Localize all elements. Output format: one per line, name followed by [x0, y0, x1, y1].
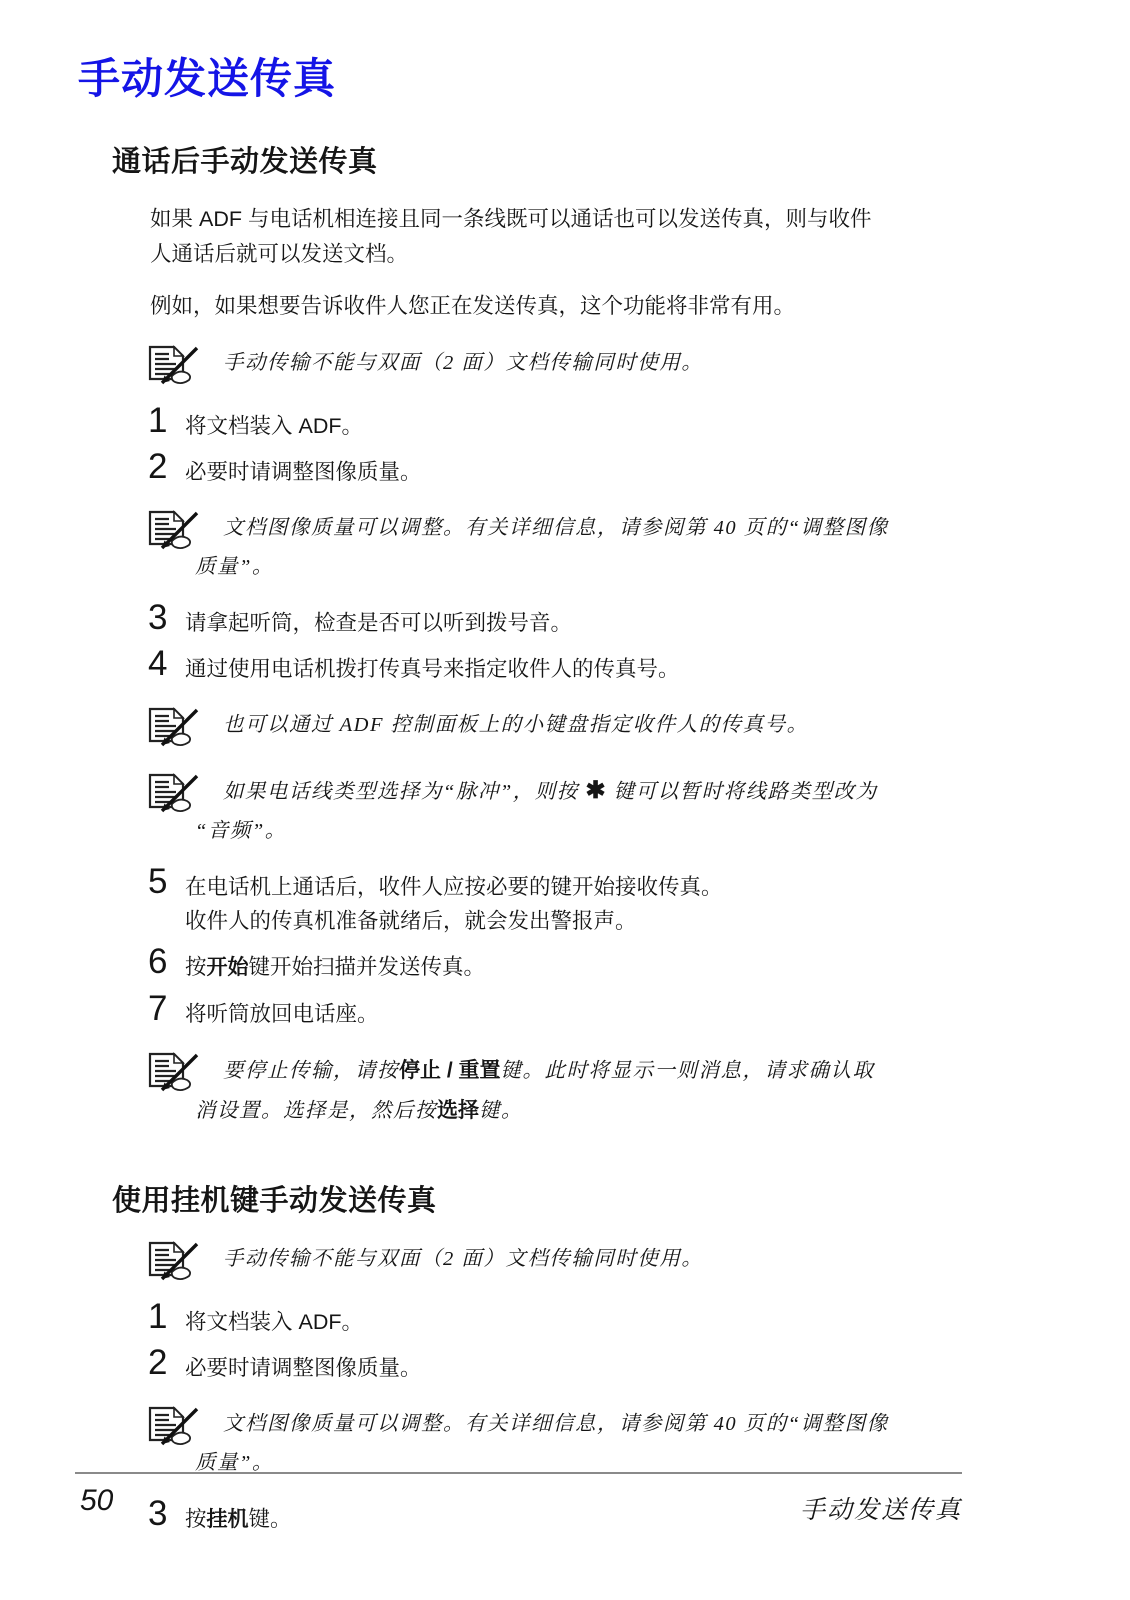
note-line: 也可以通过 ADF 控制面板上的小键盘指定收件人的传真号。	[195, 706, 978, 745]
panel-key-name: 开始	[207, 956, 249, 979]
step: 3请拿起听筒，检查是否可以听到拨号音。	[148, 603, 968, 640]
text-segment: 文档图像质量可以调整。有关详细信息，请参阅第 40 页的“调整图像	[223, 517, 889, 539]
note-line: 如果电话线类型选择为“脉冲”，则按 ✱ 键可以暂时将线路类型改为	[195, 772, 978, 812]
note: 文档图像质量可以调整。有关详细信息，请参阅第 40 页的“调整图像质量”。	[148, 509, 978, 587]
step-number: 2	[148, 1343, 166, 1383]
step-text: 将文档装入 ADF。	[185, 1302, 968, 1339]
step-number: 5	[148, 862, 166, 902]
note: 要停止传输，请按停止 / 重置键。此时将显示一则消息，请求确认取消设置。选择是，…	[148, 1051, 978, 1131]
step-number: 6	[148, 942, 166, 982]
panel-key-name: 停止 / 重置	[399, 1059, 501, 1082]
step-line: 在电话机上通话后，收件人应按必要的键开始接收传真。	[185, 870, 968, 904]
footer-rule	[75, 1472, 962, 1474]
step-line: 请拿起听筒，检查是否可以听到拨号音。	[185, 606, 968, 640]
paragraph-line: 人通话后就可以发送文档。	[150, 237, 970, 272]
note-line: 文档图像质量可以调整。有关详细信息，请参阅第 40 页的“调整图像	[195, 509, 978, 548]
step-number: 2	[148, 447, 166, 487]
note-document-pen-icon	[148, 510, 200, 554]
note-text: 手动传输不能与双面（2 面）文档传输同时使用。	[195, 344, 978, 383]
step-line: 按开始键开始扫描并发送传真。	[185, 950, 968, 985]
note-document-pen-icon	[148, 707, 200, 751]
note: 手动传输不能与双面（2 面）文档传输同时使用。	[148, 1240, 978, 1286]
note-line: 手动传输不能与双面（2 面）文档传输同时使用。	[195, 1240, 978, 1279]
note-line: 质量”。	[195, 1444, 978, 1483]
section-heading: 使用挂机键手动发送传真	[112, 1185, 1130, 1218]
note-line: 文档图像质量可以调整。有关详细信息，请参阅第 40 页的“调整图像	[195, 1405, 978, 1444]
step-number: 1	[148, 1297, 166, 1337]
text-segment: 消设置。选择是，然后按	[195, 1100, 437, 1122]
text-segment: 按	[185, 955, 207, 979]
step-text: 必要时请调整图像质量。	[185, 452, 968, 489]
step-line: 将文档装入 ADF。	[185, 1305, 968, 1339]
text-segment: 通过使用电话机拨打传真号来指定收件人的传真号。	[185, 657, 680, 681]
text-segment: 手动传输不能与双面（2 面）文档传输同时使用。	[223, 352, 703, 374]
text-segment: 必要时请调整图像质量。	[185, 1356, 422, 1380]
text-segment: 文档图像质量可以调整。有关详细信息，请参阅第 40 页的“调整图像	[223, 1413, 889, 1435]
note: 手动传输不能与双面（2 面）文档传输同时使用。	[148, 344, 978, 390]
step-line: 通过使用电话机拨打传真号来指定收件人的传真号。	[185, 652, 968, 686]
panel-key-name: 选择	[437, 1099, 479, 1122]
step-text: 通过使用电话机拨打传真号来指定收件人的传真号。	[185, 649, 968, 686]
text-segment: 键。此时将显示一则消息，请求确认取	[501, 1060, 875, 1082]
step: 2必要时请调整图像质量。	[148, 452, 968, 489]
text-segment: 手动传输不能与双面（2 面）文档传输同时使用。	[223, 1248, 703, 1270]
note-document-pen-icon	[148, 345, 200, 389]
note-line: 质量”。	[195, 548, 978, 587]
text-segment: 质量”。	[195, 556, 274, 578]
text-segment: 必要时请调整图像质量。	[185, 460, 422, 484]
text-segment: “音频”。	[195, 820, 287, 842]
page-content: 通话后手动发送传真如果 ADF 与电话机相连接且同一条线既可以通话也可以发送传真…	[0, 146, 1130, 1537]
text-segment: 键。	[479, 1100, 523, 1122]
note-text: 手动传输不能与双面（2 面）文档传输同时使用。	[195, 1240, 978, 1279]
step-text: 将文档装入 ADF。	[185, 406, 968, 443]
note-text: 要停止传输，请按停止 / 重置键。此时将显示一则消息，请求确认取消设置。选择是，…	[195, 1051, 978, 1131]
star-key-symbol: ✱	[585, 778, 607, 804]
note-text: 如果电话线类型选择为“脉冲”，则按 ✱ 键可以暂时将线路类型改为“音频”。	[195, 772, 978, 851]
note-line: 要停止传输，请按停止 / 重置键。此时将显示一则消息，请求确认取	[195, 1051, 978, 1091]
text-segment: 将文档装入 ADF。	[185, 414, 363, 438]
step-line: 将听筒放回电话座。	[185, 997, 968, 1031]
step-number: 3	[148, 598, 166, 638]
step-number: 4	[148, 644, 166, 684]
note-line: “音频”。	[195, 812, 978, 851]
step-line: 必要时请调整图像质量。	[185, 1351, 968, 1385]
text-segment: 质量”。	[195, 1452, 274, 1474]
text-segment: 将文档装入 ADF。	[185, 1310, 363, 1334]
note-line: 消设置。选择是，然后按选择键。	[195, 1091, 978, 1131]
step-line: 收件人的传真机准备就绪后，就会发出警报声。	[185, 904, 968, 938]
note-document-pen-icon	[148, 1406, 200, 1450]
text-segment: 将听筒放回电话座。	[185, 1002, 379, 1026]
step: 5在电话机上通话后，收件人应按必要的键开始接收传真。收件人的传真机准备就绪后，就…	[148, 867, 968, 938]
text-segment: 按	[185, 1507, 207, 1531]
note: 也可以通过 ADF 控制面板上的小键盘指定收件人的传真号。	[148, 706, 978, 752]
text-segment: 要停止传输，请按	[223, 1060, 399, 1082]
step-number: 7	[148, 989, 166, 1029]
text-segment: 收件人的传真机准备就绪后，就会发出警报声。	[185, 909, 637, 933]
manual-page: 手动发送传真 通话后手动发送传真如果 ADF 与电话机相连接且同一条线既可以通话…	[0, 0, 1130, 1600]
step-number: 3	[148, 1494, 166, 1534]
step-text: 在电话机上通话后，收件人应按必要的键开始接收传真。收件人的传真机准备就绪后，就会…	[185, 867, 968, 938]
note: 如果电话线类型选择为“脉冲”，则按 ✱ 键可以暂时将线路类型改为“音频”。	[148, 772, 978, 851]
text-segment: 键开始扫描并发送传真。	[249, 955, 486, 979]
step-text: 将听筒放回电话座。	[185, 994, 968, 1031]
text-segment: 如果电话线类型选择为“脉冲”，则按	[223, 781, 585, 803]
note-line: 手动传输不能与双面（2 面）文档传输同时使用。	[195, 344, 978, 383]
step-line: 必要时请调整图像质量。	[185, 455, 968, 489]
paragraph: 如果 ADF 与电话机相连接且同一条线既可以通话也可以发送传真，则与收件人通话后…	[150, 202, 970, 272]
footer-page-number: 50	[80, 1484, 113, 1518]
step: 1将文档装入 ADF。	[148, 406, 968, 443]
paragraph: 例如，如果想要告诉收件人您正在发送传真，这个功能将非常有用。	[150, 289, 970, 324]
note-document-pen-icon	[148, 1052, 200, 1096]
note-document-pen-icon	[148, 1241, 200, 1285]
note-text: 也可以通过 ADF 控制面板上的小键盘指定收件人的传真号。	[195, 706, 978, 745]
page-title: 手动发送传真	[0, 0, 1130, 102]
text-segment: 键。	[249, 1507, 292, 1531]
step: 7将听筒放回电话座。	[148, 994, 968, 1031]
step: 6按开始键开始扫描并发送传真。	[148, 947, 968, 985]
text-segment: 在电话机上通话后，收件人应按必要的键开始接收传真。	[185, 875, 723, 899]
paragraph-line: 如果 ADF 与电话机相连接且同一条线既可以通话也可以发送传真，则与收件	[150, 202, 970, 237]
footer-running-title: 手动发送传真	[800, 1490, 962, 1526]
step: 1将文档装入 ADF。	[148, 1302, 968, 1339]
note-text: 文档图像质量可以调整。有关详细信息，请参阅第 40 页的“调整图像质量”。	[195, 509, 978, 587]
panel-key-name: 挂机	[207, 1508, 249, 1531]
step-line: 将文档装入 ADF。	[185, 409, 968, 443]
text-segment: 请拿起听筒，检查是否可以听到拨号音。	[185, 611, 572, 635]
step-number: 1	[148, 401, 166, 441]
note-document-pen-icon	[148, 773, 200, 817]
step-text: 请拿起听筒，检查是否可以听到拨号音。	[185, 603, 968, 640]
step-text: 必要时请调整图像质量。	[185, 1348, 968, 1385]
step-text: 按开始键开始扫描并发送传真。	[185, 947, 968, 985]
paragraph-line: 例如，如果想要告诉收件人您正在发送传真，这个功能将非常有用。	[150, 289, 970, 324]
text-segment: 键可以暂时将线路类型改为	[607, 781, 878, 803]
step: 2必要时请调整图像质量。	[148, 1348, 968, 1385]
text-segment: 也可以通过 ADF 控制面板上的小键盘指定收件人的传真号。	[223, 714, 809, 736]
section-heading: 通话后手动发送传真	[112, 146, 1130, 179]
step: 4通过使用电话机拨打传真号来指定收件人的传真号。	[148, 649, 968, 686]
